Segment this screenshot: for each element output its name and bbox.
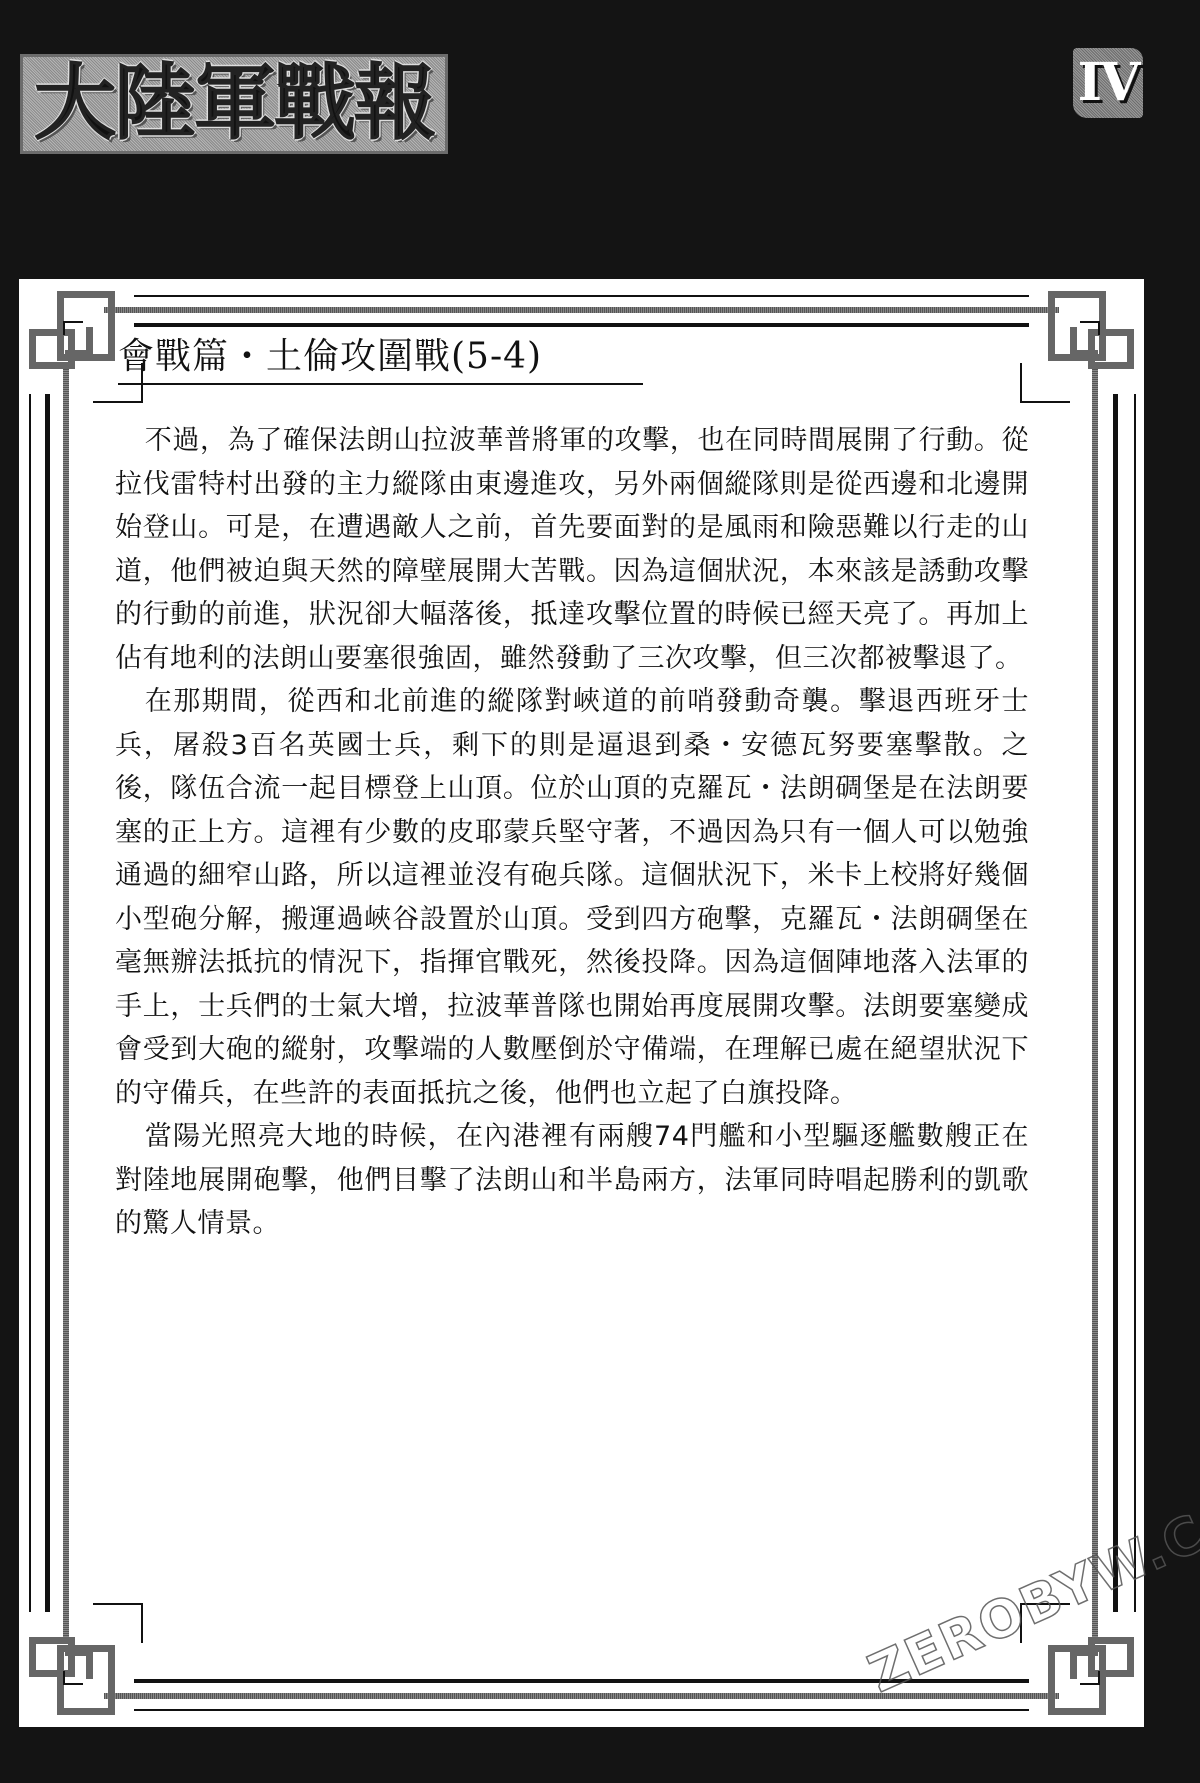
frame-line-right-black — [1113, 394, 1118, 1612]
frame-line-right-gray — [1092, 364, 1098, 1642]
article-page: 會戰篇・土倫攻圍戰(5-4) 不過，為了確保法朗山拉波華普將軍的攻擊，也在同時間… — [19, 279, 1144, 1727]
frame-line-left-thin — [29, 394, 31, 1612]
corner-ornament-bottom-left-icon — [23, 1631, 115, 1723]
corner-ornament-top-left-icon — [23, 283, 115, 375]
paragraph-1: 不過，為了確保法朗山拉波華普將軍的攻擊，也在同時間展開了行動。從拉伐雷特村出發的… — [115, 419, 1029, 680]
volume-badge: IV — [1073, 48, 1143, 118]
frame-line-left-gray — [63, 364, 69, 1642]
frame-line-top-black — [134, 323, 1029, 327]
frame-line-bottom-thin — [134, 1709, 1029, 1711]
frame-line-right-thin — [1134, 394, 1136, 1612]
volume-number: IV — [1078, 57, 1139, 109]
series-title-banner: 大陸軍戰報 — [20, 54, 448, 154]
article-body: 不過，為了確保法朗山拉波華普將軍的攻擊，也在同時間展開了行動。從拉伐雷特村出發的… — [115, 419, 1029, 1246]
corner-ornament-bottom-right-icon — [1048, 1631, 1140, 1723]
paragraph-3: 當陽光照亮大地的時候，在內港裡有兩艘74門艦和小型驅逐艦數艘正在對陸地展開砲擊，… — [115, 1115, 1029, 1246]
frame-line-top-thin — [134, 295, 1029, 297]
frame-line-left-black — [45, 394, 50, 1612]
frame-line-top-gray — [104, 307, 1059, 313]
paragraph-2: 在那期間，從西和北前進的縱隊對峽道的前哨發動奇襲。擊退西班牙士兵，屠殺3百名英國… — [115, 680, 1029, 1115]
series-title: 大陸軍戰報 — [34, 63, 434, 145]
frame-line-bottom-gray — [104, 1693, 1059, 1699]
article-title: 會戰篇・土倫攻圍戰(5-4) — [118, 339, 643, 385]
corner-ornament-top-right-icon — [1048, 283, 1140, 375]
